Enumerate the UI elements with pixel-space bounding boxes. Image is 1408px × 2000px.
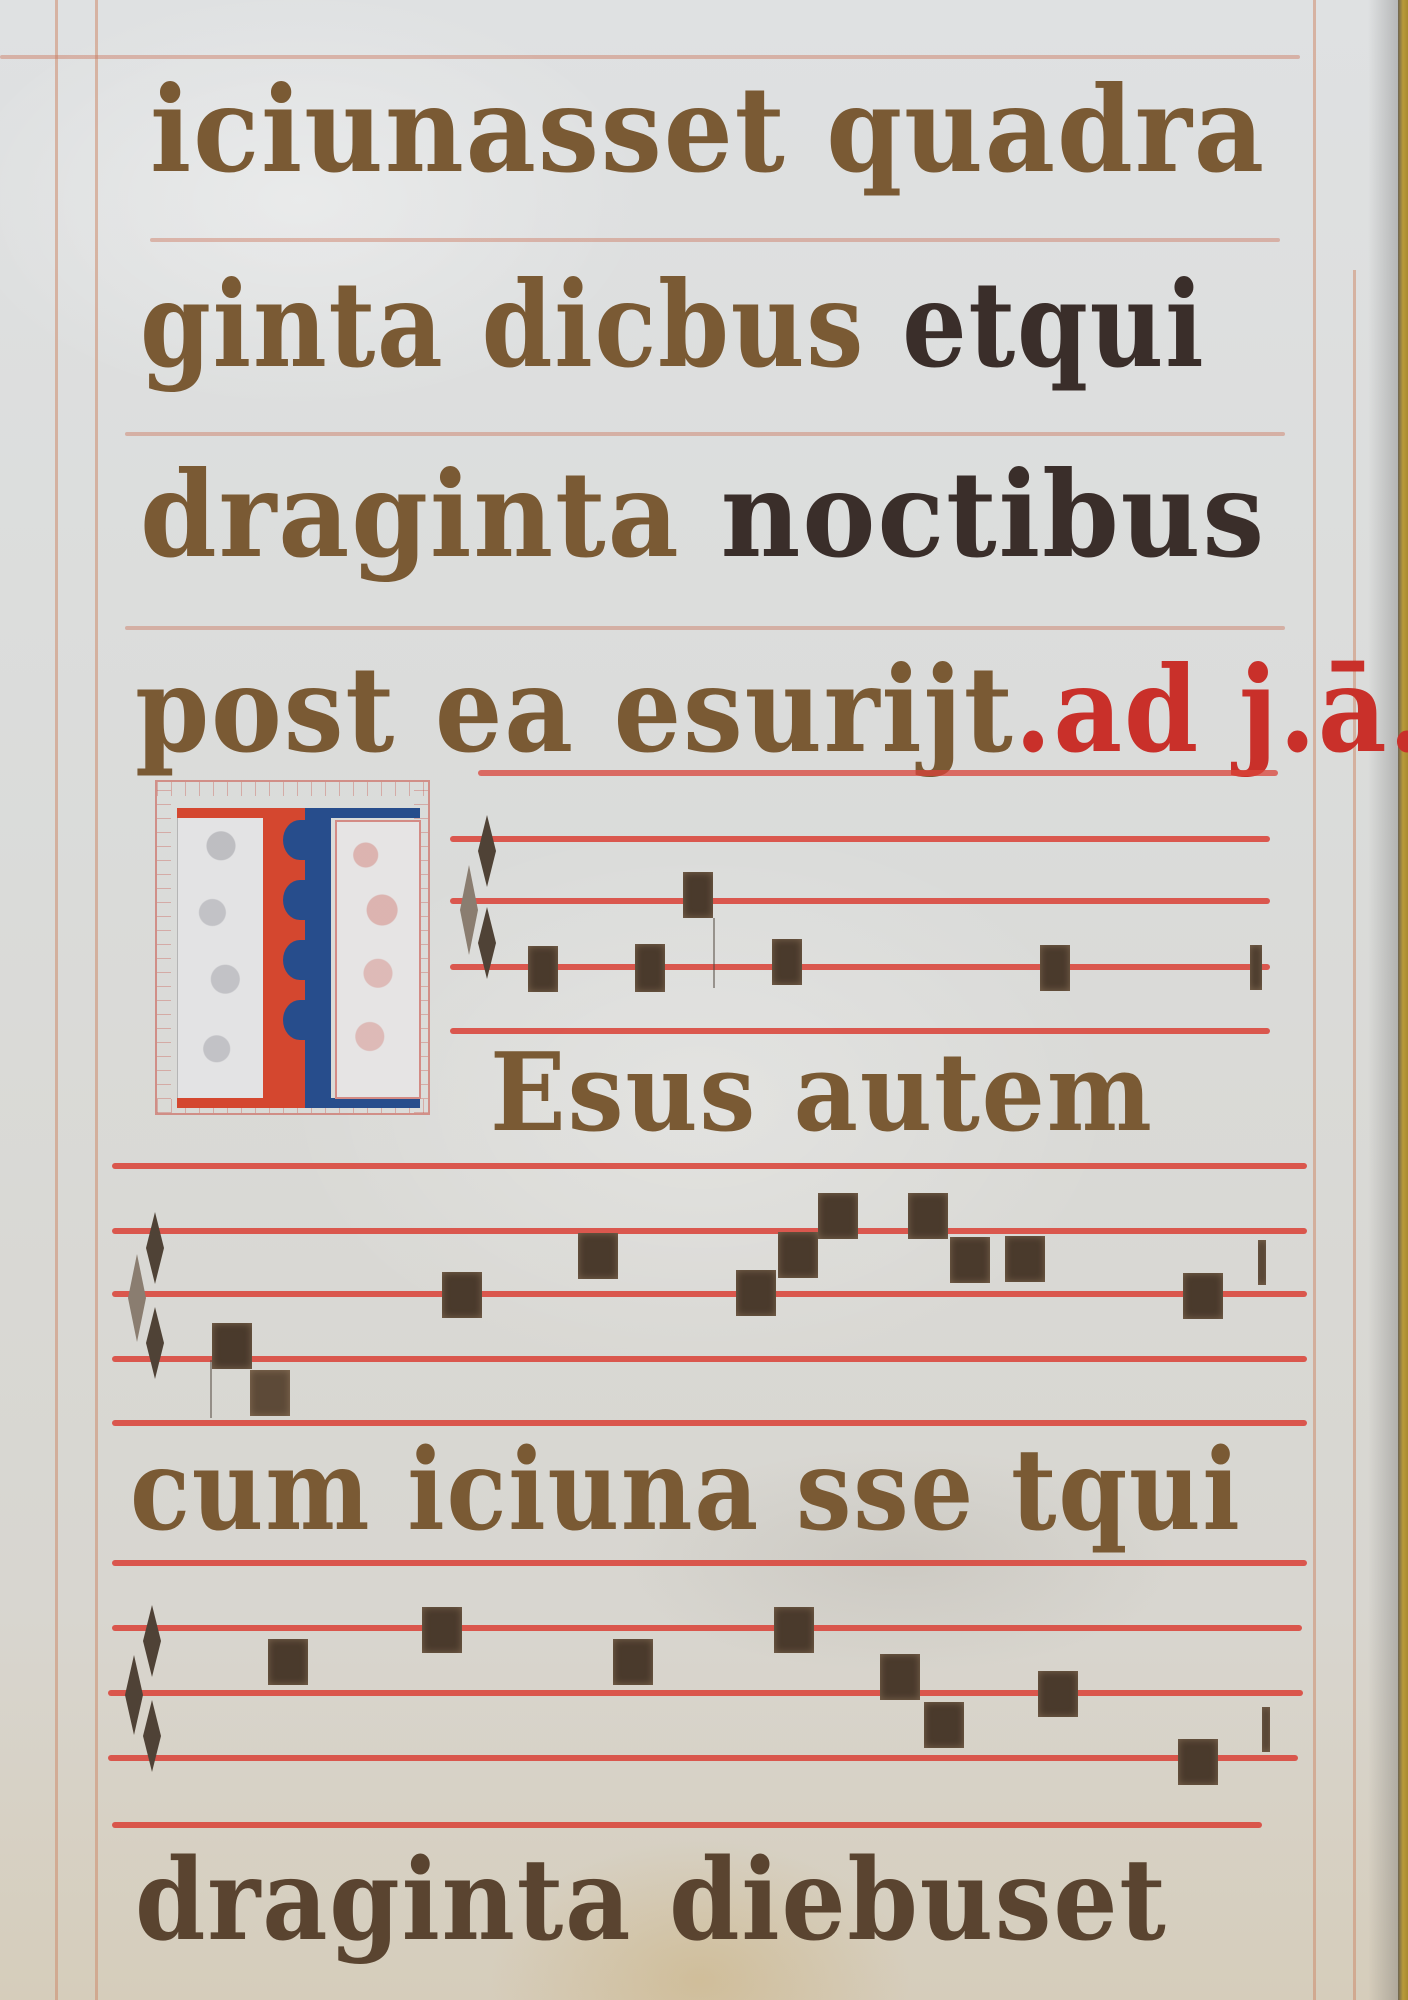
- staff-line: [112, 1356, 1307, 1362]
- margin-rule-right-outer: [1353, 270, 1356, 2000]
- note-neume: [1005, 1236, 1045, 1282]
- text-segment: iciunasset quadra: [150, 60, 1266, 199]
- text-line-4: post ea esurijt.ad j.ā.: [135, 640, 1408, 779]
- text-line-2: ginta dicbus etqui: [140, 255, 1205, 394]
- staff-line: [108, 1690, 1303, 1696]
- note-neume: [908, 1193, 948, 1239]
- note-neume: [736, 1270, 776, 1316]
- note-neume: [442, 1272, 482, 1318]
- text-segment: ginta dicbus: [140, 255, 902, 394]
- note-neume: [212, 1323, 252, 1369]
- note-neume: [880, 1654, 920, 1700]
- note-neume: [683, 872, 713, 918]
- staff-line: [450, 898, 1270, 904]
- staff-line: [112, 1228, 1307, 1234]
- note-neume: [1038, 1671, 1078, 1717]
- initial-scallop: [283, 820, 317, 860]
- note-neume: [268, 1639, 308, 1685]
- lyric-text: draginta diebuset: [135, 1835, 1168, 1966]
- text-ruling: [125, 432, 1285, 436]
- custos-icon: [1250, 945, 1262, 990]
- note-neume: [1183, 1273, 1223, 1319]
- custos-icon: [1262, 1707, 1270, 1752]
- staff-line: [112, 1291, 1307, 1297]
- staff-line: [450, 964, 1270, 970]
- note-neume: [950, 1237, 990, 1283]
- text-segment: draginta: [140, 445, 721, 584]
- initial-filigree-right: [335, 820, 421, 1099]
- text-segment: noctibus: [721, 445, 1266, 584]
- margin-rule-left-outer: [55, 0, 58, 2000]
- text-ruling: [150, 238, 1280, 242]
- text-ruling: [0, 55, 1300, 59]
- text-line-1: iciunasset quadra: [150, 60, 1266, 199]
- page-edge-shadow: [1368, 0, 1398, 2000]
- note-neume: [1040, 945, 1070, 991]
- initial-scallop: [283, 880, 317, 920]
- note-neume: [772, 939, 802, 985]
- initial-scallop: [283, 1000, 317, 1040]
- note-neume: [778, 1232, 818, 1278]
- note-stem: [210, 1360, 212, 1418]
- rubric-underline: [478, 770, 1278, 776]
- staff-line: [112, 1560, 1307, 1566]
- lyric-text: Esus autem: [490, 1030, 1154, 1156]
- lyric-line-3: draginta diebuset: [135, 1835, 1168, 1966]
- staff-line: [112, 1822, 1262, 1828]
- text-segment: etqui: [902, 255, 1205, 394]
- frame-edge: [1398, 0, 1408, 2000]
- note-neume: [818, 1193, 858, 1239]
- staff-line: [112, 1625, 1302, 1631]
- lyric-line-2: cum iciuna sse tqui: [130, 1425, 1242, 1556]
- text-line-3: draginta noctibus: [140, 445, 1266, 584]
- note-neume: [528, 946, 558, 992]
- initial-filigree-left: [177, 810, 265, 1102]
- note-stem: [713, 918, 715, 988]
- lyric-line-1: Esus autem: [490, 1030, 1154, 1156]
- note-neume: [924, 1702, 964, 1748]
- note-neume: [1178, 1739, 1218, 1785]
- note-neume: [613, 1639, 653, 1685]
- margin-rule-right-inner: [1313, 0, 1316, 2000]
- text-segment: post ea esurijt: [135, 640, 1015, 779]
- staff-line: [112, 1163, 1307, 1169]
- rubric-text: .ad j.ā.: [1015, 640, 1408, 779]
- initial-scallop: [283, 940, 317, 980]
- lyric-text: cum iciuna sse tqui: [130, 1425, 1242, 1556]
- note-neume: [774, 1607, 814, 1653]
- staff-line: [108, 1755, 1298, 1761]
- margin-rule-left-inner: [95, 0, 98, 2000]
- custos-icon: [1258, 1240, 1266, 1285]
- note-neume: [422, 1607, 462, 1653]
- staff-line: [450, 836, 1270, 842]
- note-neume: [635, 944, 665, 992]
- illuminated-initial: [155, 780, 430, 1115]
- text-ruling: [125, 626, 1285, 630]
- note-neume: [250, 1370, 290, 1416]
- note-neume: [578, 1233, 618, 1279]
